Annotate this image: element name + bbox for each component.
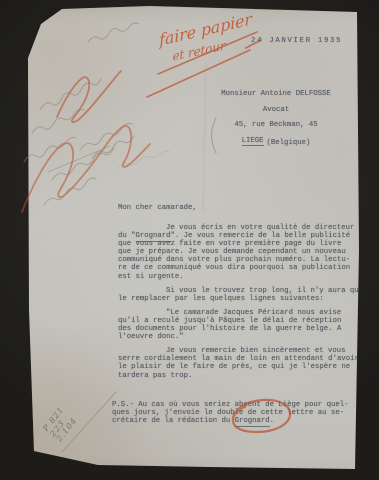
- letter-paper: 24 JANVIER 1935 Monsieur Antoine DELFOSS…: [0, 0, 379, 480]
- recipient-country: (Belgique): [267, 139, 311, 147]
- recipient-title: Avocat: [192, 106, 360, 114]
- typed-line: re de ce communiqué vous dira pourquoi s…: [118, 264, 362, 272]
- scan-stage: 24 JANVIER 1935 Monsieur Antoine DELFOSS…: [0, 0, 379, 480]
- line-text: .: [270, 417, 274, 425]
- line-text: ". Je vous remercie de la belle publicit…: [171, 232, 351, 240]
- recipient-name: Monsieur Antoine DELFOSSE: [192, 90, 360, 98]
- paragraph-2: Si vous le trouvez trop long, il n'y aur…: [118, 287, 362, 303]
- postscript: P.S.- Au cas où vous seriez absent de Li…: [112, 401, 364, 426]
- typed-line: Je vous écris en votre qualité de direct…: [118, 224, 362, 232]
- typed-line: le remplacer par les quelques lignes sui…: [118, 295, 362, 303]
- recipient-address: Monsieur Antoine DELFOSSE Avocat 45, rue…: [192, 90, 360, 152]
- typed-line: est si urgente.: [118, 273, 362, 281]
- typed-line: qu'il a reculé jusqu'à Pâques le délai d…: [118, 317, 362, 325]
- paragraph-3: "Le camarade Jacques Péricard nous avise…: [118, 309, 362, 341]
- line-text: du ": [118, 232, 136, 240]
- underlined-word: Grognard: [235, 417, 270, 427]
- archive-reference-numbers: P 821 223 2.104: [42, 406, 79, 444]
- letter-body: Je vous écris en votre qualité de direct…: [118, 224, 362, 380]
- recipient-city: LIEGE: [242, 137, 264, 147]
- typed-line: tardera pas trop.: [118, 372, 362, 380]
- typed-line: l'oeuvre donc.": [118, 333, 362, 341]
- typed-line: du "Grognard". Je vous remercie de la be…: [118, 232, 362, 240]
- letter-date: 24 JANVIER 1935: [251, 37, 342, 45]
- line-text: crétaire de la rédaction du: [112, 417, 235, 425]
- typed-line: "Le camarade Jacques Péricard nous avise: [118, 309, 362, 317]
- paragraph-4: Je vous remercie bien sincèrement et vou…: [118, 347, 362, 379]
- recipient-city-line: LIEGE(Belgique): [192, 137, 360, 145]
- recipient-street: 45, rue Beckman, 45: [192, 121, 360, 129]
- typed-line: des documents pour l'histoire de la guer…: [118, 325, 362, 333]
- salutation: Mon cher camarade,: [118, 204, 197, 212]
- typed-line: Si vous le trouvez trop long, il n'y aur…: [118, 287, 362, 295]
- typed-line: le plaisir de le faire de près, ce qui j…: [118, 363, 362, 371]
- paragraph-1: Je vous écris en votre qualité de direct…: [118, 224, 362, 281]
- typed-line: P.S.- Au cas où vous seriez absent de Li…: [112, 401, 364, 409]
- typed-line: crétaire de la rédaction du Grognard.: [112, 417, 364, 425]
